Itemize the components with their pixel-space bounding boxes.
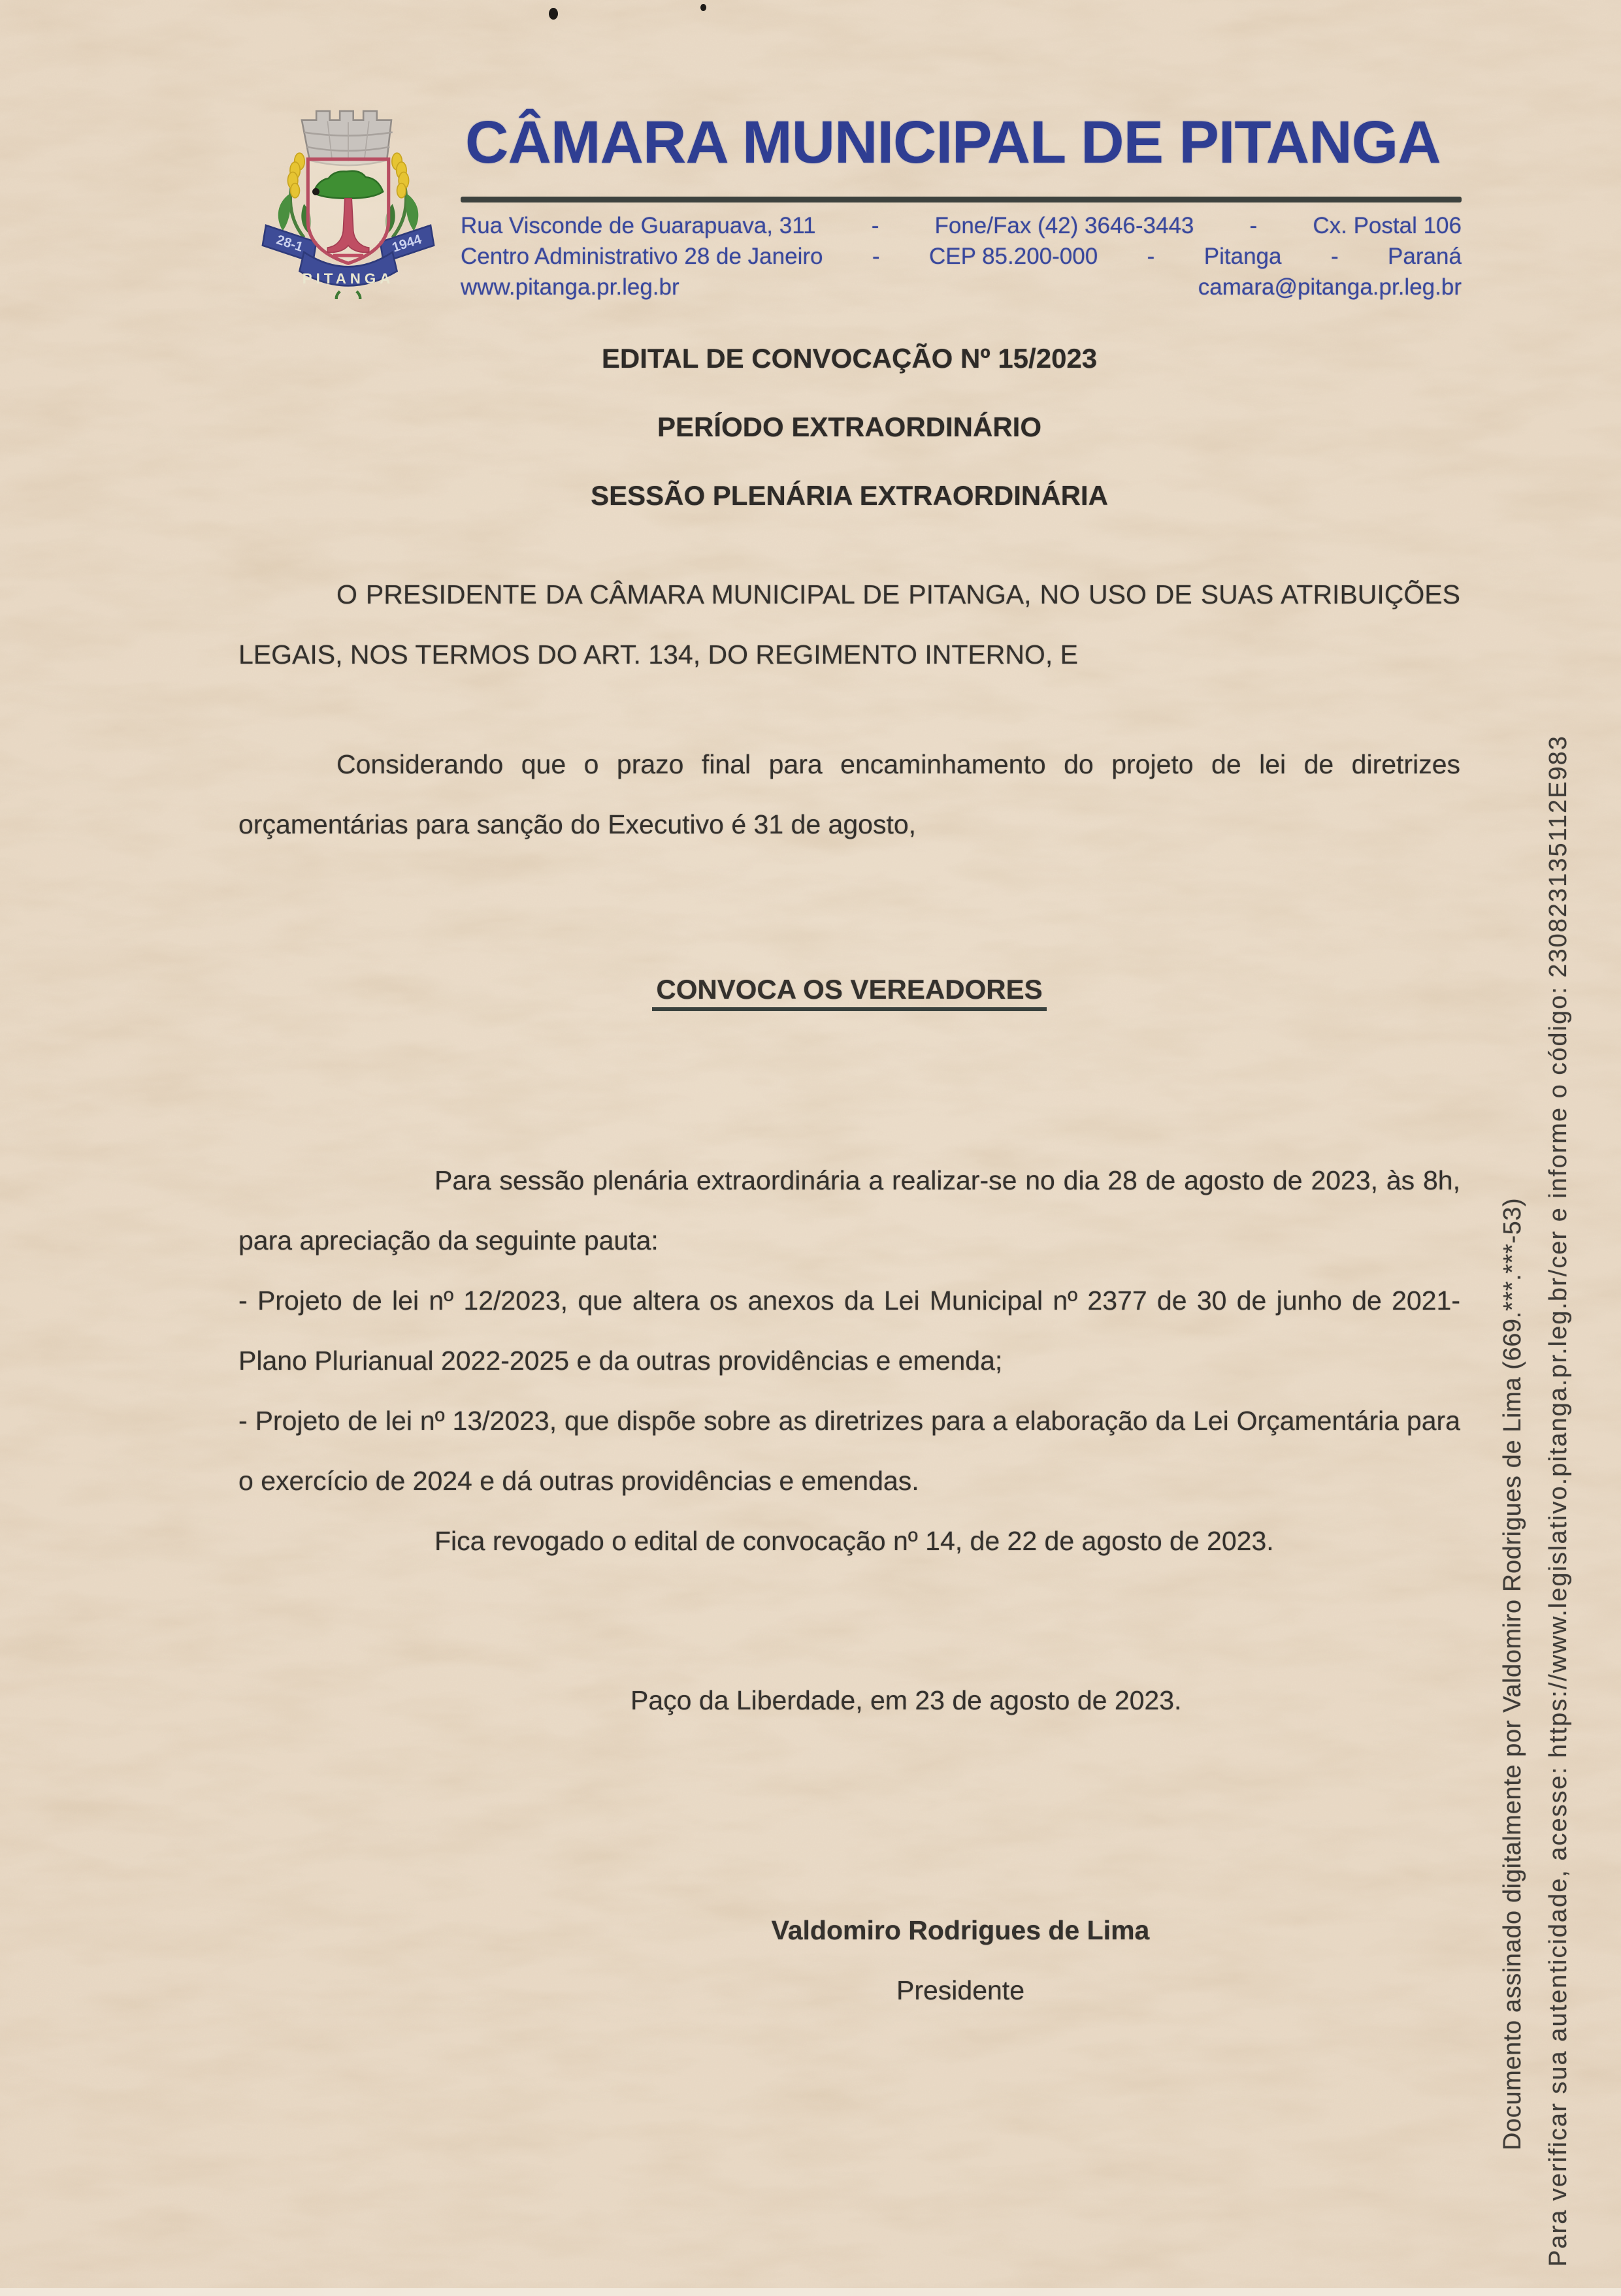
- digital-signature-note: Documento assinado digitalmente por Vald…: [1500, 1198, 1525, 2150]
- scanned-document-page: 28-1 1944 PITANGA CÂMARA MUNICIPAL DE PI…: [0, 0, 1621, 2296]
- separator-dash: -: [872, 241, 880, 272]
- separator-dash: -: [1250, 210, 1258, 241]
- agenda-section: Para sessão plenária extraordinária a re…: [238, 1150, 1460, 1511]
- separator-dash: -: [1147, 241, 1155, 272]
- separator-dash: -: [872, 210, 879, 241]
- agenda-item-1: - Projeto de lei nº 12/2023, que altera …: [238, 1270, 1460, 1391]
- signature-block: Valdomiro Rodrigues de Lima Presidente: [238, 1900, 1571, 2020]
- laurel-sprig-icon: [336, 291, 344, 299]
- website-url: www.pitanga.pr.leg.br: [461, 272, 680, 302]
- separator-dash: -: [1331, 241, 1339, 272]
- subtitle-periodo: PERÍODO EXTRAORDINÁRIO: [238, 393, 1460, 461]
- scanner-edge: [0, 2288, 1621, 2296]
- street-address: Rua Visconde de Guarapuava, 311: [461, 210, 816, 241]
- state-name: Paraná: [1388, 241, 1462, 272]
- document-title-block: EDITAL DE CONVOCAÇÃO Nº 15/2023 PERÍODO …: [238, 324, 1460, 530]
- mural-crown-icon: [302, 111, 393, 165]
- municipal-coat-of-arms: 28-1 1944 PITANGA: [250, 103, 446, 299]
- ink-speck: [700, 4, 706, 11]
- ribbon-city-name: PITANGA: [303, 270, 395, 287]
- paragraph-considerando: Considerando que o prazo final para enca…: [238, 734, 1460, 854]
- admin-center: Centro Administrativo 28 de Janeiro: [461, 241, 823, 272]
- signature-name: Valdomiro Rodrigues de Lima: [350, 1900, 1571, 1960]
- address-line-3: www.pitanga.pr.leg.br camara@pitanga.pr.…: [461, 272, 1462, 302]
- convoca-heading-text: CONVOCA OS VEREADORES: [652, 974, 1046, 1011]
- wheat-stalk-icon: [278, 153, 311, 237]
- phone-fax: Fone/Fax (42) 3646-3443: [934, 210, 1194, 241]
- ink-speck: [312, 188, 319, 195]
- verification-code-note: Para verificar sua autenticidade, acesse…: [1546, 735, 1571, 2267]
- edital-title: EDITAL DE CONVOCAÇÃO Nº 15/2023: [238, 324, 1460, 393]
- address-line-1: Rua Visconde de Guarapuava, 311 - Fone/F…: [461, 210, 1462, 241]
- city-name: Pitanga: [1204, 241, 1282, 272]
- shield-icon: [308, 159, 388, 263]
- address-line-2: Centro Administrativo 28 de Janeiro - CE…: [461, 241, 1462, 272]
- paragraph-pauta: Para sessão plenária extraordinária a re…: [238, 1150, 1460, 1270]
- wheat-stalk-icon: [385, 153, 418, 237]
- signature-role: Presidente: [350, 1960, 1571, 2020]
- dateline: Paço da Liberdade, em 23 de agosto de 20…: [238, 1670, 1621, 1730]
- convoca-heading: CONVOCA OS VEREADORES: [238, 960, 1460, 1020]
- paragraph-revogacao: Fica revogado o edital de convocação nº …: [238, 1511, 1460, 1571]
- email-address: camara@pitanga.pr.leg.br: [1198, 272, 1462, 302]
- letterhead-address-block: Rua Visconde de Guarapuava, 311 - Fone/F…: [461, 210, 1462, 302]
- paragraph-presidente: O PRESIDENTE DA CÂMARA MUNICIPAL DE PITA…: [238, 564, 1460, 685]
- laurel-sprig-icon: [353, 291, 361, 299]
- agenda-item-2: - Projeto de lei nº 13/2023, que dispõe …: [238, 1391, 1460, 1511]
- organization-name: CÂMARA MUNICIPAL DE PITANGA: [465, 112, 1465, 172]
- cep-code: CEP 85.200-000: [929, 241, 1098, 272]
- subtitle-sessao: SESSÃO PLENÁRIA EXTRAORDINÁRIA: [238, 461, 1460, 530]
- header-divider: [461, 197, 1462, 202]
- po-box: Cx. Postal 106: [1313, 210, 1462, 241]
- ink-speck: [549, 8, 558, 20]
